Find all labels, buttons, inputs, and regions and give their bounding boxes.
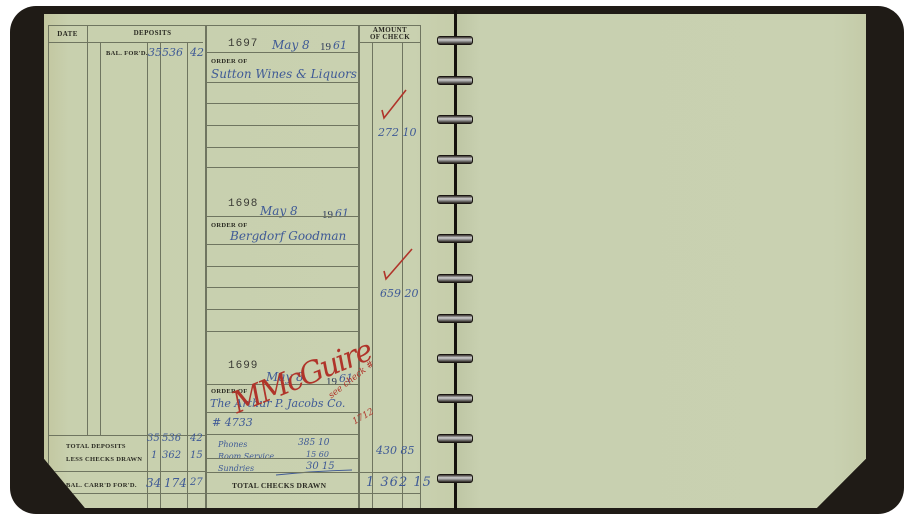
bal-carried-forward-label: BAL. CARR'D FOR'D. — [66, 482, 137, 489]
check-1698-payee: Bergdorf Goodman — [230, 229, 346, 243]
spiral-ring-icon — [437, 274, 473, 283]
rule-h — [48, 435, 206, 436]
check-1697-date: May 8 — [272, 38, 310, 52]
spiral-ring-icon — [437, 314, 473, 323]
rule-h — [48, 493, 420, 494]
total-checks-drawn-label: TOTAL CHECKS DRAWN — [232, 481, 326, 490]
total-deposits-cents: 42 — [190, 433, 203, 444]
balance-forward-cents: 42 — [190, 46, 204, 59]
total-deposits-label: TOTAL DEPOSITS — [66, 443, 126, 450]
check-1698-order-of-label: ORDER OF — [211, 222, 248, 229]
check-1698-year-prefix: 19 — [322, 209, 333, 221]
rule-v — [48, 25, 49, 505]
rule-v — [372, 42, 373, 508]
rule-h — [206, 125, 358, 126]
total-deposits-hi: 35 — [147, 433, 160, 444]
rule-h — [206, 103, 358, 104]
check-1698-year-suffix: 61 — [335, 207, 349, 220]
bal-carried-lo: 174 — [164, 476, 187, 490]
total-checks-drawn-value: 1 362 15 — [366, 475, 432, 490]
check-number-1698: 1698 — [228, 198, 258, 210]
header-rule — [48, 42, 203, 43]
bal-carried-cents: 27 — [190, 477, 203, 488]
spiral-ring-icon — [437, 36, 473, 45]
spiral-ring-icon — [437, 394, 473, 403]
rule-v — [358, 25, 360, 508]
spiral-ring-icon — [437, 234, 473, 243]
rule-h — [206, 287, 358, 288]
balance-forward-label: BAL. FOR'D. — [106, 50, 148, 57]
rule-h — [206, 412, 358, 413]
spiral-ring-icon — [437, 434, 473, 443]
red-checkmark-icon — [378, 88, 408, 122]
deposits-header: DEPOSITS — [100, 29, 205, 37]
rule-h — [206, 52, 358, 53]
rule-v — [420, 25, 421, 508]
underline-stroke — [274, 469, 354, 477]
less-checks-hi: 1 — [151, 450, 157, 461]
spiral-ring-icon — [437, 115, 473, 124]
check-number-1699: 1699 — [228, 360, 258, 372]
rule-h — [206, 147, 358, 148]
rule-h — [206, 472, 420, 473]
rule-h — [206, 167, 358, 168]
spiral-ring-icon — [437, 354, 473, 363]
red-checkmark-icon — [380, 247, 414, 283]
left-page-ledger: DATE DEPOSITS AMOUNT OF CHECK BAL. FOR'D… — [44, 14, 454, 508]
rule-h — [206, 309, 358, 310]
check-1698-amount: 659 20 — [380, 287, 419, 300]
rule-v — [187, 42, 188, 508]
rule-v — [87, 25, 88, 435]
date-header: DATE — [48, 30, 87, 38]
check-1697-order-of-label: ORDER OF — [211, 58, 248, 65]
rule-h — [206, 331, 358, 332]
check-1697-amount: 272 10 — [378, 126, 417, 139]
check-1697-year-suffix: 61 — [333, 39, 347, 52]
check-number-1697: 1697 — [228, 38, 258, 50]
rule-h — [206, 216, 358, 217]
spiral-ring-icon — [437, 155, 473, 164]
spiral-ring-icon — [437, 76, 473, 85]
check-1699-item-1-amount: 385 10 — [298, 438, 330, 448]
amount-of-check-header-2: OF CHECK — [360, 33, 420, 41]
rule-h — [206, 434, 358, 435]
bal-carried-hi: 34 — [146, 476, 161, 490]
rule-h — [48, 471, 206, 472]
rule-h — [206, 266, 358, 267]
rule-v — [100, 42, 101, 435]
check-1699-amount: 430 85 — [376, 444, 415, 457]
rule-h — [206, 458, 358, 459]
check-1699-item-2: Room Service — [218, 452, 274, 461]
less-checks-cents: 15 — [190, 450, 203, 461]
amount-header-rule — [358, 42, 420, 43]
balance-forward-dollars-hi: 35 — [148, 46, 162, 59]
rule-h — [206, 82, 358, 83]
rule-h — [206, 244, 358, 245]
check-1697-payee: Sutton Wines & Liquors — [211, 67, 357, 81]
total-deposits-lo: 536 — [162, 433, 181, 444]
spiral-ring-icon — [437, 195, 473, 204]
rule-v — [160, 42, 161, 508]
check-1699-item-1: Phones — [218, 440, 247, 449]
spiral-ring-icon — [437, 474, 473, 483]
balance-forward-dollars-lo: 536 — [162, 46, 183, 59]
right-page-blank — [456, 14, 866, 508]
less-checks-lo: 362 — [162, 450, 181, 461]
less-checks-drawn-label: LESS CHECKS DRAWN — [66, 456, 142, 463]
